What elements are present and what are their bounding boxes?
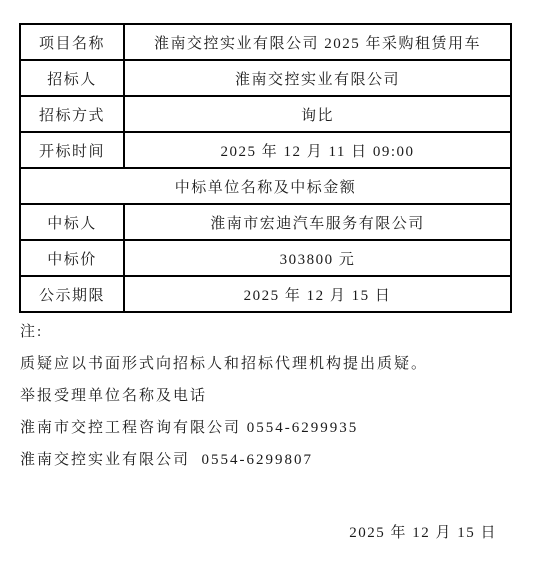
table-row-winner: 中标人 淮南市宏迪汽车服务有限公司 <box>20 204 511 240</box>
row-value: 2025 年 12 月 15 日 <box>124 276 511 312</box>
row-value: 淮南交控实业有限公司 <box>124 60 511 96</box>
notes-section: 注: 质疑应以书面形式向招标人和招标代理机构提出质疑。 举报受理单位名称及电话 … <box>20 324 520 484</box>
row-value: 询比 <box>124 96 511 132</box>
row-label: 中标价 <box>20 240 124 276</box>
row-value: 淮南交控实业有限公司 2025 年采购租赁用车 <box>124 24 511 60</box>
note-line-agency-phone: 淮南市交控工程咨询有限公司 0554-6299935 <box>20 420 520 437</box>
table-row-opening-time: 开标时间 2025 年 12 月 11 日 09:00 <box>20 132 511 168</box>
row-label: 项目名称 <box>20 24 124 60</box>
bid-result-table: 项目名称 淮南交控实业有限公司 2025 年采购租赁用车 招标人 淮南交控实业有… <box>19 23 512 313</box>
row-label: 中标人 <box>20 204 124 240</box>
table-row-tenderer: 招标人 淮南交控实业有限公司 <box>20 60 511 96</box>
row-value: 淮南市宏迪汽车服务有限公司 <box>124 204 511 240</box>
row-label: 招标人 <box>20 60 124 96</box>
merged-section-title: 中标单位名称及中标金额 <box>20 168 511 204</box>
row-label: 公示期限 <box>20 276 124 312</box>
row-value: 303800 元 <box>124 240 511 276</box>
notes-heading: 注: <box>20 324 520 341</box>
note-line-objection: 质疑应以书面形式向招标人和招标代理机构提出质疑。 <box>20 356 520 373</box>
note-line-tenderer-phone: 淮南交控实业有限公司 0554-6299807 <box>20 452 520 469</box>
row-label: 招标方式 <box>20 96 124 132</box>
row-label: 开标时间 <box>20 132 124 168</box>
table-row-publicity-period: 公示期限 2025 年 12 月 15 日 <box>20 276 511 312</box>
table-row-bid-method: 招标方式 询比 <box>20 96 511 132</box>
table-row-project-name: 项目名称 淮南交控实业有限公司 2025 年采购租赁用车 <box>20 24 511 60</box>
row-value: 2025 年 12 月 11 日 09:00 <box>124 132 511 168</box>
table-row-section-header: 中标单位名称及中标金额 <box>20 168 511 204</box>
table-row-winning-price: 中标价 303800 元 <box>20 240 511 276</box>
note-line-report-unit-title: 举报受理单位名称及电话 <box>20 388 520 405</box>
announcement-date: 2025 年 12 月 15 日 <box>349 521 497 542</box>
announcement-page: 项目名称 淮南交控实业有限公司 2025 年采购租赁用车 招标人 淮南交控实业有… <box>0 0 534 582</box>
